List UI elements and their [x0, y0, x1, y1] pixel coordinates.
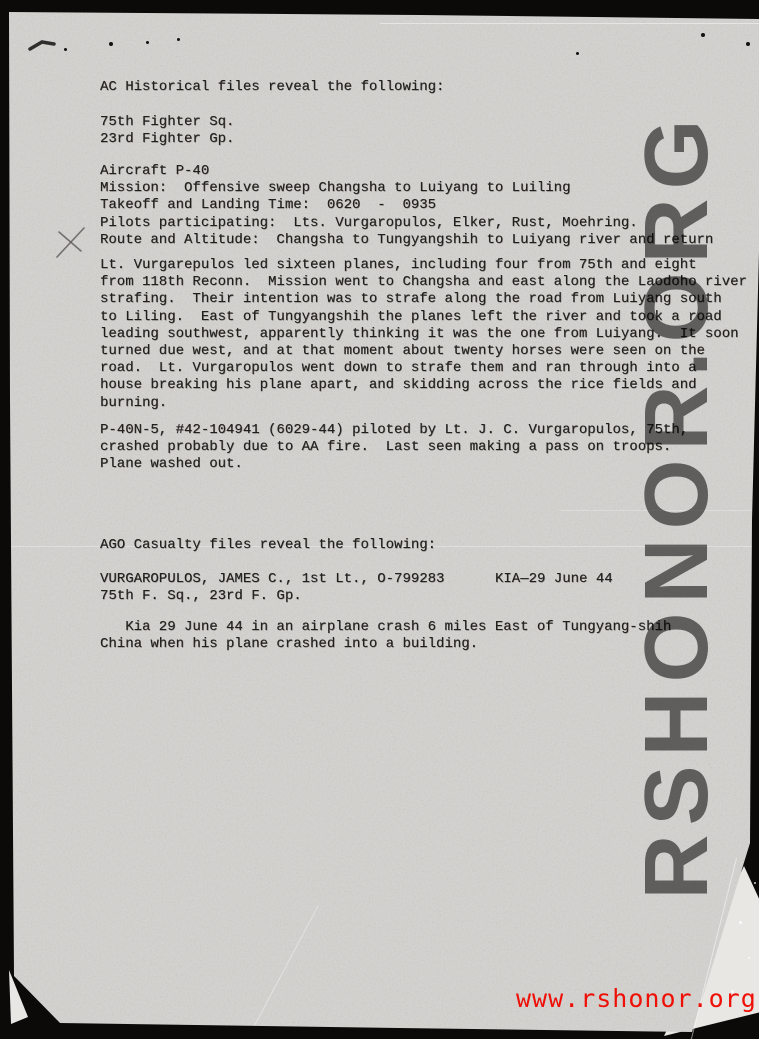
report-line: house breaking his plane apart, and skid…	[100, 377, 747, 394]
ink-speck	[64, 48, 67, 51]
report-line: turned due west, and at that moment abou…	[100, 343, 747, 360]
report-line: leading southwest, apparently thinking i…	[100, 326, 747, 343]
report-line: 75th Fighter Sq.	[100, 114, 234, 131]
ink-speck	[146, 41, 149, 44]
ink-speck	[576, 52, 579, 55]
ink-speck	[177, 38, 180, 41]
site-url-text: www.rshonor.org	[516, 984, 757, 1013]
mission-details-block: Aircraft P-40 Mission: Offensive sweep C…	[100, 163, 713, 249]
casualty-name-block: VURGAROPULOS, JAMES C., 1st Lt., O-79928…	[100, 571, 759, 605]
report-line: Plane washed out.	[100, 456, 688, 473]
report-line: to Liling. East of Tungyangshih the plan…	[100, 309, 747, 326]
dust-speck	[754, 882, 756, 884]
report-line: Route and Altitude: Changsha to Tungyang…	[100, 232, 713, 249]
report-line: AC Historical files reveal the following…	[100, 79, 444, 96]
report-line: China when his plane crashed into a buil…	[100, 636, 671, 653]
report-line: Aircraft P-40	[100, 163, 713, 180]
ink-speck	[109, 42, 113, 46]
report-line: Pilots participating: Lts. Vurgaropulos,…	[100, 215, 713, 232]
paper-sheet: AC Historical files reveal the following…	[0, 0, 759, 1039]
report-line: P-40N-5, #42-104941 (6029-44) piloted by…	[100, 422, 688, 439]
kia-status-label: KIA—29 June 44	[495, 571, 613, 588]
report-line: from 118th Reconn. Mission went to Chang…	[100, 274, 747, 291]
casualty-narrative-block: Kia 29 June 44 in an airplane crash 6 mi…	[100, 619, 671, 653]
report-line: AGO Casualty files reveal the following:	[100, 537, 436, 554]
report-line: Lt. Vurgarepulos led sixteen planes, inc…	[100, 257, 747, 274]
report-line: burning.	[100, 395, 747, 412]
report-line: Mission: Offensive sweep Changsha to Lui…	[100, 180, 713, 197]
report-line: Kia 29 June 44 in an airplane crash 6 mi…	[100, 619, 671, 636]
dust-speck	[739, 921, 742, 924]
report-line: road. Lt. Vurgaropulos went down to stra…	[100, 360, 747, 377]
paper-grain-texture	[0, 0, 759, 1039]
casualty-name-line: VURGAROPULOS, JAMES C., 1st Lt., O-79928…	[100, 571, 759, 588]
pencil-x-icon	[57, 228, 84, 257]
mission-narrative-block: Lt. Vurgarepulos led sixteen planes, inc…	[100, 257, 747, 412]
unit-block: 75th Fighter Sq. 23rd Fighter Gp.	[100, 114, 234, 148]
casualty-files-header: AGO Casualty files reveal the following:	[100, 537, 436, 554]
report-line: Takeoff and Landing Time: 0620 - 0935	[100, 197, 713, 214]
dust-speck	[748, 957, 750, 959]
pencil-scribble-icon	[0, 0, 759, 1039]
report-body: AC Historical files reveal the following…	[100, 0, 759, 34]
scanned-document: AC Historical files reveal the following…	[0, 0, 759, 1039]
report-line: crashed probably due to AA fire. Last se…	[100, 439, 688, 456]
scratch-artifact	[248, 905, 319, 1038]
report-line: 23rd Fighter Gp.	[100, 131, 234, 148]
scan-line-artifact	[560, 510, 759, 511]
historical-files-header: AC Historical files reveal the following…	[100, 79, 444, 96]
ink-speck	[746, 42, 750, 46]
casualty-unit-line: 75th F. Sq., 23rd F. Gp.	[100, 588, 759, 605]
aircraft-loss-block: P-40N-5, #42-104941 (6029-44) piloted by…	[100, 422, 688, 474]
report-line: strafing. Their intention was to strafe …	[100, 291, 747, 308]
